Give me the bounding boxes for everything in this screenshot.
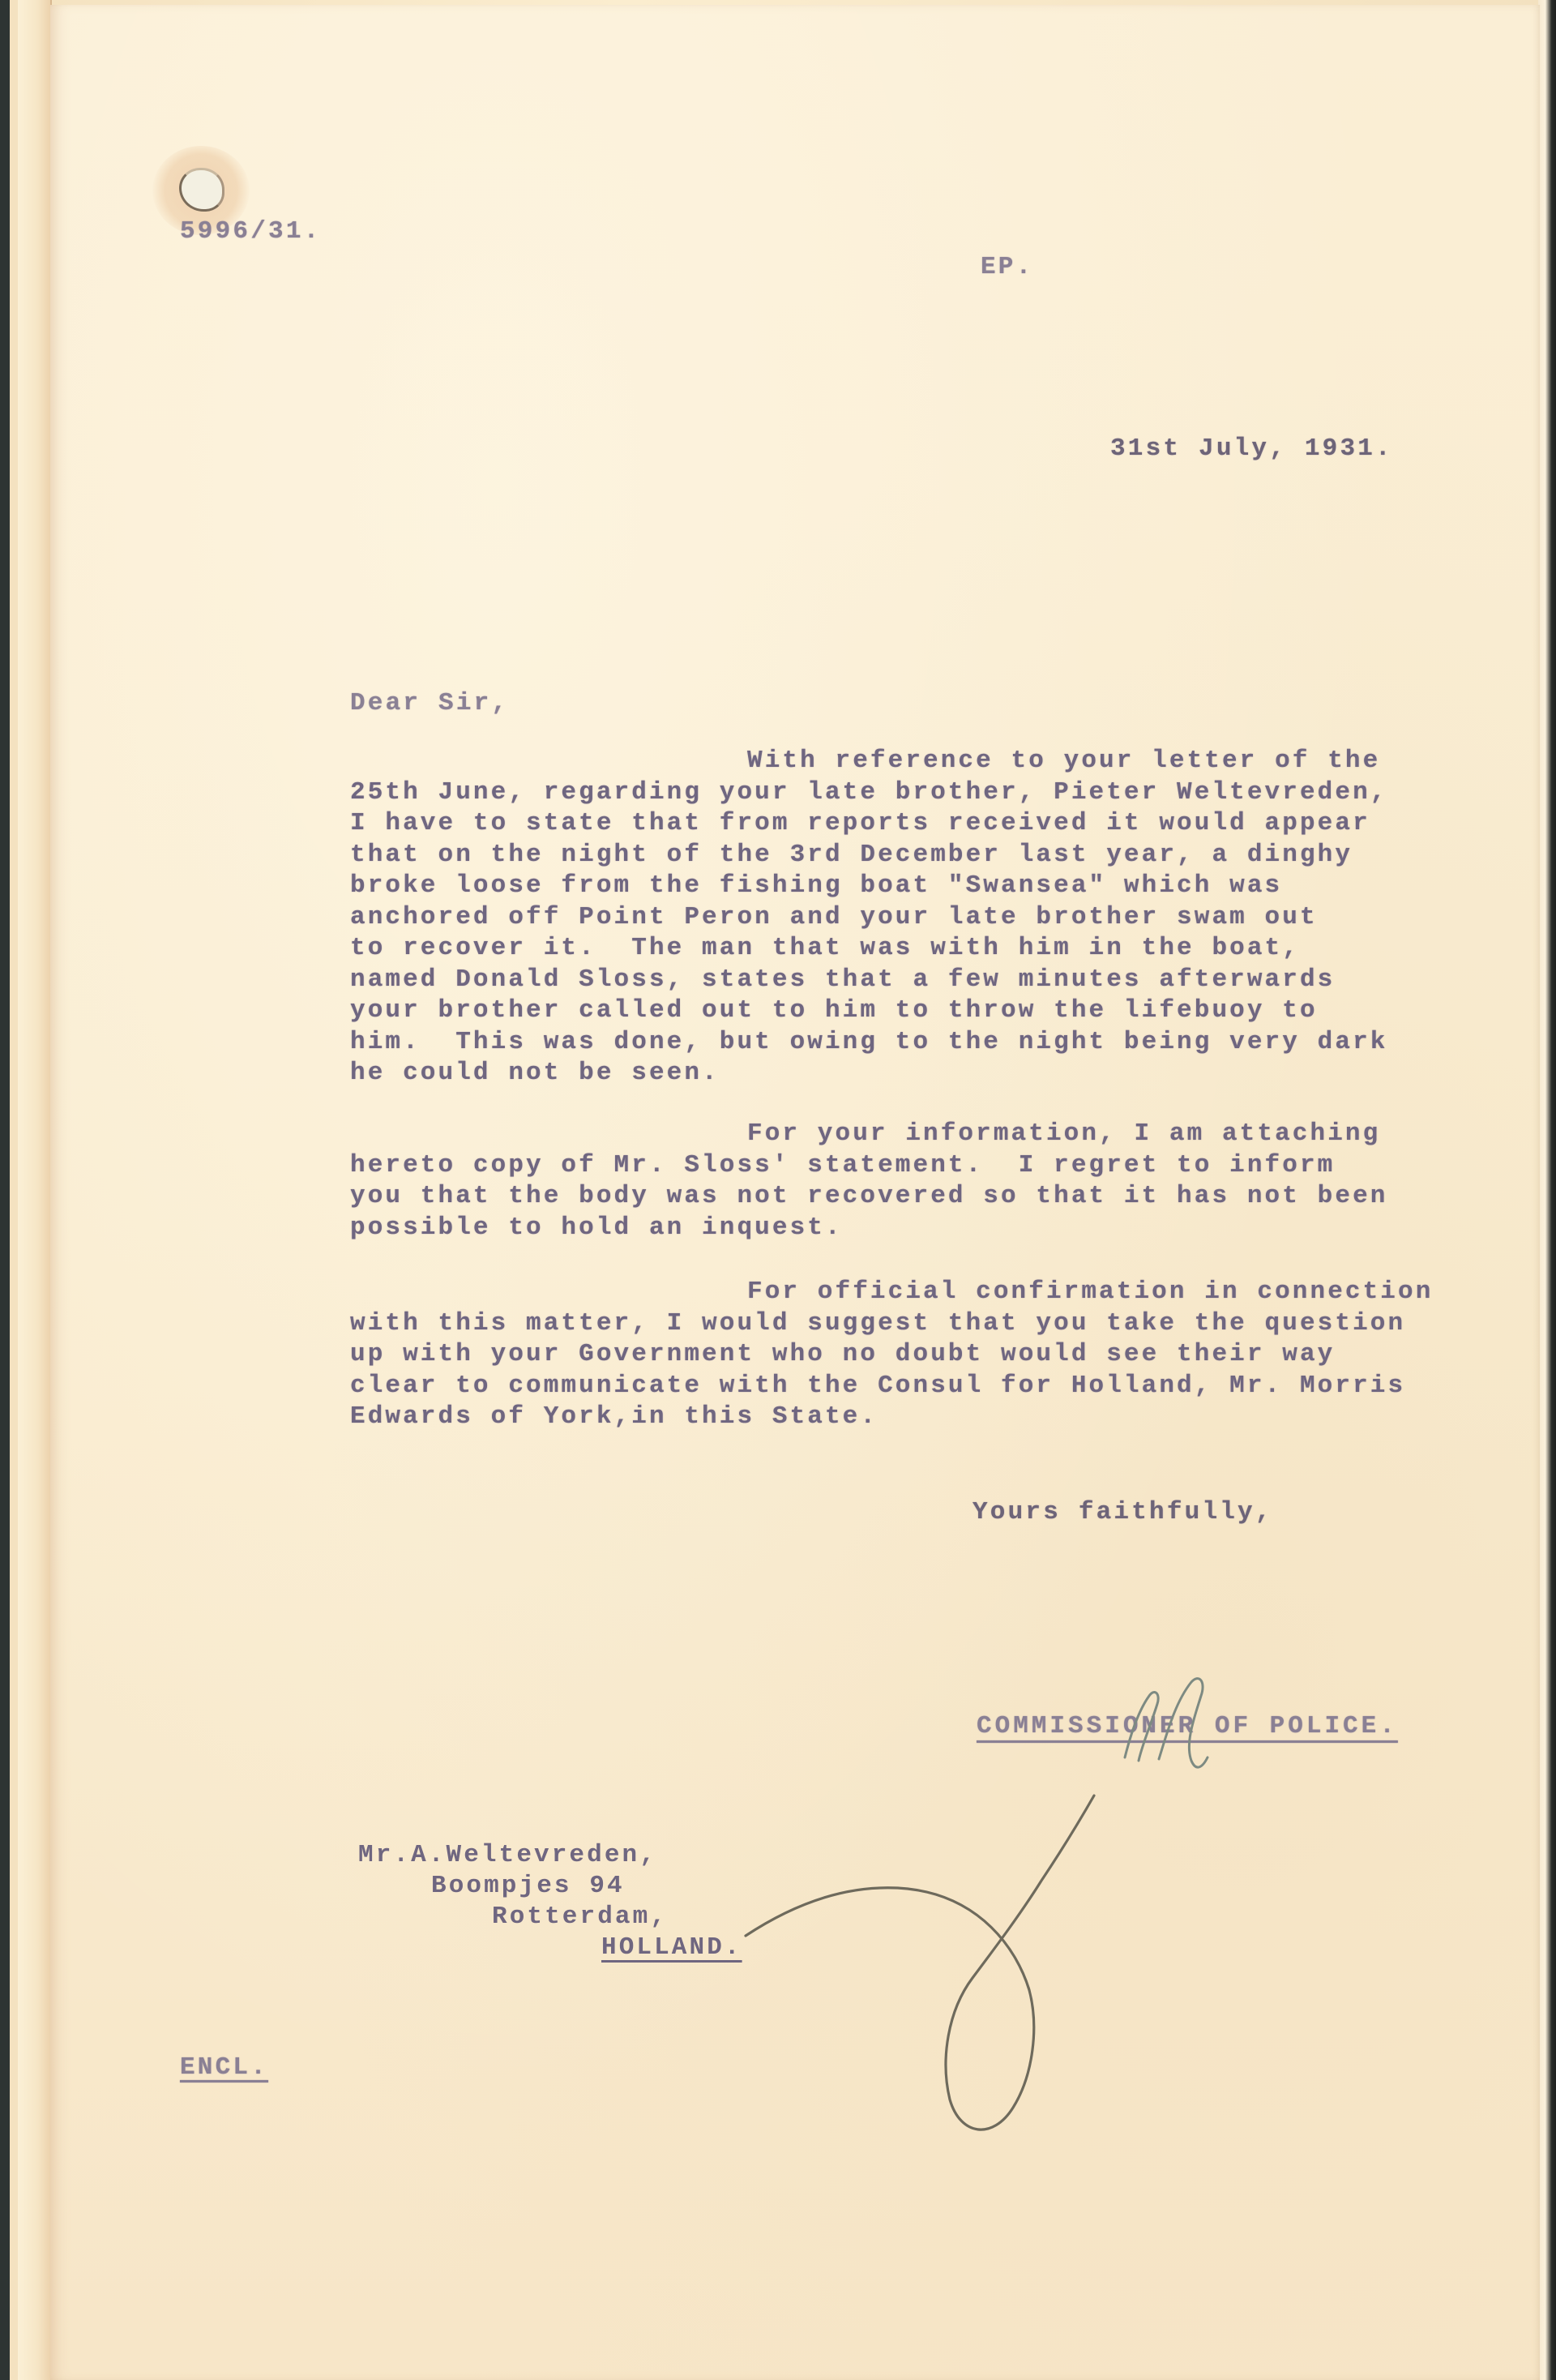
- signatory-title: COMMISSIONER OF POLICE.: [977, 1712, 1398, 1740]
- complimentary-close: Yours faithfully,: [972, 1498, 1273, 1526]
- addressee-street: Boompjes 94: [358, 1871, 742, 1902]
- paragraph-line: For your information, I am attaching: [350, 1119, 1485, 1150]
- paragraph-line: possible to hold an inquest.: [350, 1213, 1485, 1244]
- letter-date: 31st July, 1931.: [1110, 434, 1393, 463]
- paragraph-line: For official confirmation in connection: [350, 1277, 1485, 1308]
- paragraph-line: Edwards of York,in this State.: [350, 1402, 1485, 1433]
- paragraph-line: him. This was done, but owing to the nig…: [350, 1027, 1485, 1059]
- paragraph-line: to recover it. The man that was with him…: [350, 933, 1485, 965]
- paragraph-line: he could not be seen.: [350, 1058, 1485, 1089]
- paragraph-line: 25th June, regarding your late brother, …: [350, 777, 1485, 809]
- addressee-block: Mr.A.Weltevreden, Boompjes 94 Rotterdam,…: [358, 1840, 742, 1963]
- enclosure-note: ENCL.: [180, 2053, 268, 2082]
- hole-opening: [179, 168, 224, 212]
- paragraph-1: With reference to your letter of the 25t…: [350, 746, 1485, 1089]
- reference-number: 5996/31.: [180, 217, 321, 246]
- paragraph-line: clear to communicate with the Consul for…: [350, 1371, 1485, 1402]
- paragraph-line: anchored off Point Peron and your late b…: [350, 902, 1485, 934]
- typist-initials: EP.: [981, 253, 1033, 281]
- paragraph-line: with this matter, I would suggest that y…: [350, 1308, 1485, 1340]
- addressee-country: HOLLAND.: [358, 1933, 742, 1963]
- addressee-name: Mr.A.Weltevreden,: [358, 1840, 742, 1871]
- paragraph-line: up with your Government who no doubt wou…: [350, 1339, 1485, 1371]
- paragraph-line: hereto copy of Mr. Sloss' statement. I r…: [350, 1150, 1485, 1182]
- paragraph-line: your brother called out to him to throw …: [350, 995, 1485, 1027]
- paragraph-line: broke loose from the fishing boat "Swans…: [350, 871, 1485, 902]
- paragraph-2: For your information, I am attaching her…: [350, 1119, 1485, 1244]
- paragraph-line: With reference to your letter of the: [350, 746, 1485, 777]
- paragraph-line: I have to state that from reports receiv…: [350, 808, 1485, 840]
- paragraph-line: that on the night of the 3rd December la…: [350, 840, 1485, 871]
- paper-stack-edge: [18, 0, 52, 2380]
- paragraph-line: you that the body was not recovered so t…: [350, 1181, 1485, 1213]
- paragraph-line: named Donald Sloss, states that a few mi…: [350, 965, 1485, 996]
- salutation: Dear Sir,: [350, 689, 509, 717]
- scan-border-right: [1538, 0, 1556, 2380]
- addressee-city: Rotterdam,: [358, 1902, 742, 1933]
- paragraph-3: For official confirmation in connection …: [350, 1277, 1485, 1433]
